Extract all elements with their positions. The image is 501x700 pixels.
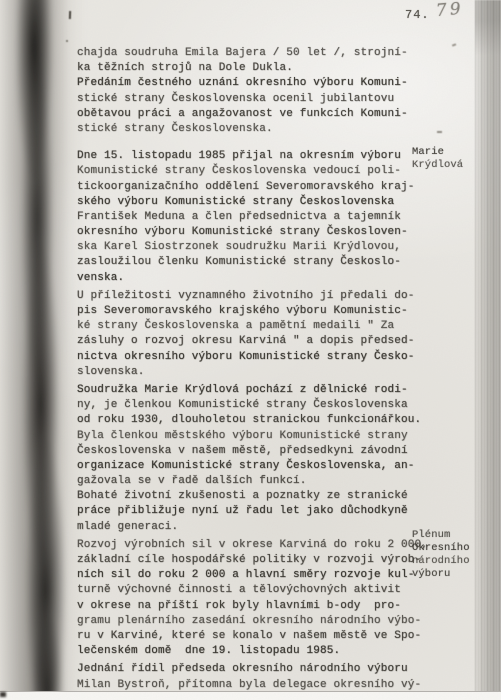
text-line: základní cíle hospodářské politiky v roz… xyxy=(77,553,429,568)
text-line: Milan Bystroň, přítomna byla delegace ok… xyxy=(77,678,429,693)
text-line: obětavou práci a angažovanost ve funkcíc… xyxy=(77,107,429,122)
text-line: od roku 1930, dlouholetou stranickou fun… xyxy=(77,413,429,428)
text-line: lečenském domě dne 19. listopadu 1985. xyxy=(77,644,429,659)
text-line: Komunistické strany Československa vedou… xyxy=(77,164,429,179)
text-line: turně výchovné činnosti a tělovýchovných… xyxy=(77,583,429,598)
text-line: gramu plenárního zasedání okresního náro… xyxy=(77,614,429,629)
paragraph: U příležitosti vyznamného životního jí p… xyxy=(77,289,429,380)
text-line: slovenska. xyxy=(77,365,429,380)
text-line: ka těžních strojů na Dole Dukla. xyxy=(77,61,429,76)
text-line: ních sil do roku 2 000 a hlavní směry ro… xyxy=(77,568,429,583)
text-line: zásluhy o rozvoj okresu Karviná " a dopi… xyxy=(77,334,429,349)
text-line: ska Karel Siostrzonek soudružku Marii Kr… xyxy=(77,240,429,255)
text-line: práce přibližuje nyní už řadu let jako d… xyxy=(77,504,429,519)
text-line: výboru xyxy=(412,568,497,581)
scan-corner-mark xyxy=(0,692,6,697)
handwritten-page-number: 79 xyxy=(435,0,464,21)
text-line: venska. xyxy=(77,271,429,286)
text-line: U příležitosti vyznamného životního jí p… xyxy=(77,289,429,304)
margin-note-marie-krydlova: MarieKrýdlová xyxy=(412,146,497,172)
text-line: Jednání řídil předseda okresního národní… xyxy=(77,662,429,677)
text-line: ny, je členkou Komunistické strany Česko… xyxy=(77,398,429,413)
text-line: Byla členkou městského výboru Komunistic… xyxy=(77,429,429,444)
text-line: stické strany Československa ocenil jubi… xyxy=(77,92,429,107)
text-line: Krýdlová xyxy=(412,159,497,172)
text-line: František Meduna a člen předsednictva a … xyxy=(77,210,429,225)
paragraph: Dne 15. listopadu 1985 přijal na okresní… xyxy=(77,149,429,286)
text-line: tickoorganizačního oddělení Severomoravs… xyxy=(77,180,429,195)
text-line: ského výboru Komunistické strany Českosl… xyxy=(77,195,429,210)
text-column: chajda soudruha Emila Bajera / 50 let /,… xyxy=(77,46,429,696)
paragraph: chajda soudruha Emila Bajera / 50 let /,… xyxy=(77,46,429,137)
text-line: organizace Komunistické strany Českoslov… xyxy=(77,459,429,474)
text-line: Bohaté životní zkušenosti a poznatky ze … xyxy=(77,489,429,504)
text-line: Plénum xyxy=(412,529,497,542)
paragraph: Soudružka Marie Krýdlová pochází z dělni… xyxy=(77,383,429,489)
paragraph: Bohaté životní zkušenosti a poznatky ze … xyxy=(77,489,429,535)
text-line: Československa v našem městě, předsedkyn… xyxy=(77,444,429,459)
stray-dot xyxy=(66,40,68,42)
typed-page-number: 74. xyxy=(405,8,430,22)
text-line: pis Severomoravského krajského výboru Ko… xyxy=(77,304,429,319)
text-line: národního xyxy=(412,555,497,568)
text-line: ru v Karviné, které se konalo v našem mě… xyxy=(77,629,429,644)
text-line: stické strany Československa. xyxy=(77,122,429,137)
paragraph: Rozvoj výrobních sil v okrese Karviná do… xyxy=(77,538,429,660)
text-line: nictva okresního výboru Komunistické str… xyxy=(77,350,429,365)
text-line: chajda soudruha Emila Bajera / 50 let /,… xyxy=(77,46,429,61)
stray-ink-mark xyxy=(69,11,71,19)
text-line: Rozvoj výrobních sil v okrese Karviná do… xyxy=(77,538,429,553)
scanned-chronicle-page: { "page": { "typed_page_number": "74.", … xyxy=(0,0,501,700)
text-line: Okresního xyxy=(412,542,497,555)
text-line: okresního výboru Komunistické strany Čes… xyxy=(77,225,429,240)
page-edge-texture xyxy=(475,0,501,692)
stray-dash xyxy=(437,131,442,133)
margin-note-plenum-onv: PlénumOkresníhonárodníhovýboru xyxy=(412,529,497,581)
text-line: ké strany Československa a pamětní medai… xyxy=(77,319,429,334)
text-line: zasloužilou členku Komunistické strany Č… xyxy=(77,255,429,270)
text-line: mladé generaci. xyxy=(77,520,429,535)
stray-dash xyxy=(452,43,456,46)
text-line: Předáním čestného uznání okresního výbor… xyxy=(77,76,429,91)
text-line: v okrese na příští rok byly hlavními b-o… xyxy=(77,599,429,614)
text-line: gažovala se v řadě dalších funkcí. xyxy=(77,474,429,489)
text-line: Marie xyxy=(412,146,497,159)
text-line: Soudružka Marie Krýdlová pochází z dělni… xyxy=(77,383,429,398)
text-line: Dne 15. listopadu 1985 přijal na okresní… xyxy=(77,149,429,164)
paragraph: Jednání řídil předseda okresního národní… xyxy=(77,662,429,692)
